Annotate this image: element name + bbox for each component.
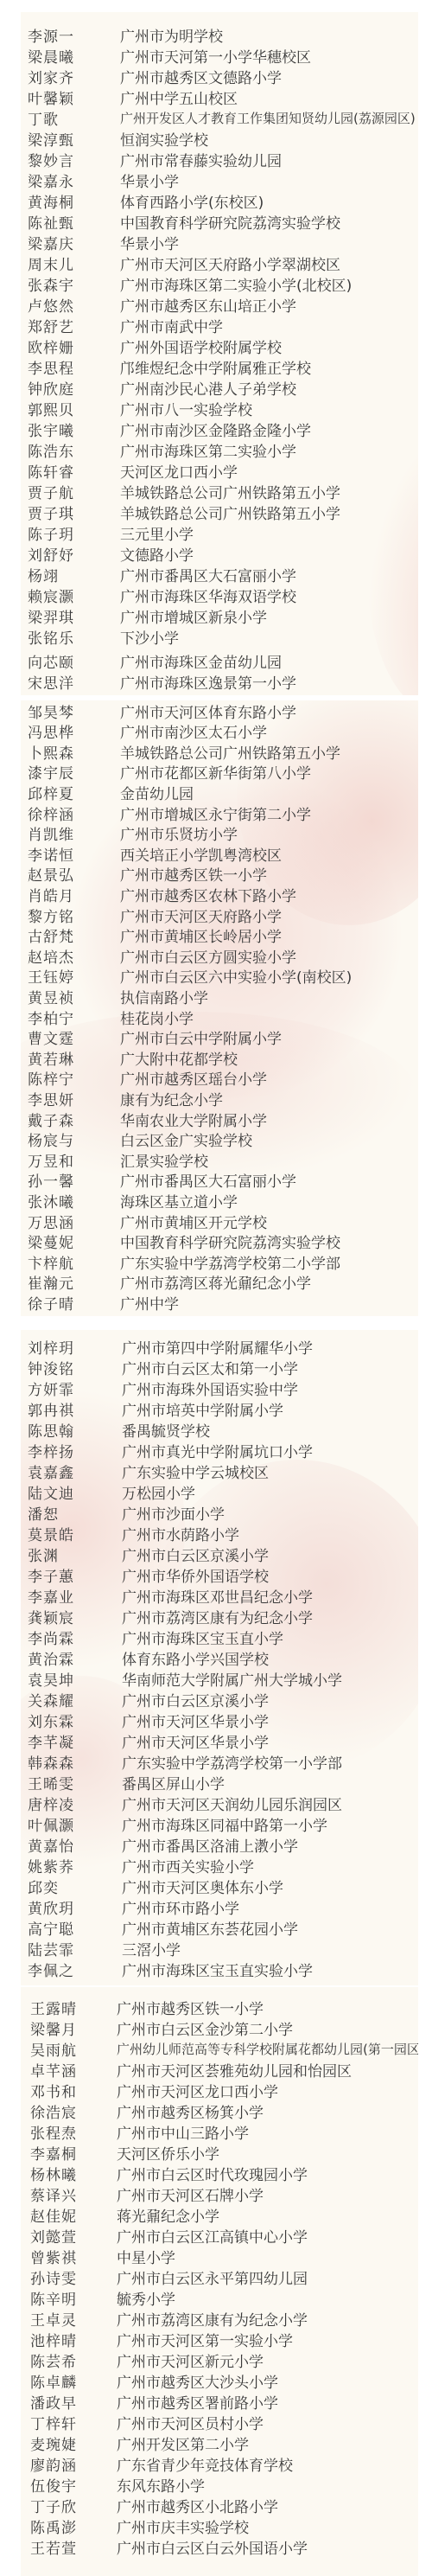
list-row: 戴子森华南农业大学附属小学	[28, 1109, 267, 1129]
school-name: 广州市海珠区同福中路第一小学	[122, 1813, 327, 1835]
student-name: 袁昊坤	[28, 1668, 122, 1690]
student-name: 赵佳妮	[30, 2204, 117, 2226]
student-name: 郭冉祺	[28, 1398, 122, 1420]
school-name: 华南农业大学附属小学	[120, 1109, 267, 1130]
school-name: 广州市环市路小学	[122, 1896, 239, 1918]
student-name: 张铭乐	[28, 626, 120, 648]
list-row: 李尚霖广州市海珠区宝玉直小学	[28, 1627, 283, 1647]
list-row: 郭冉祺广州市培英中学附属小学	[28, 1398, 283, 1419]
list-row: 李思程邝维煜纪念中学附属雅正学校	[28, 356, 311, 377]
list-row: 张沐曦海珠区基立道小学	[28, 1190, 238, 1211]
school-name: 广州市水荫路小学	[122, 1523, 239, 1544]
school-name: 广州市越秀区文德路小学	[120, 66, 282, 87]
list-row: 黄若琳广大附中花都学校	[28, 1047, 238, 1068]
student-name: 李诺恒	[28, 843, 120, 865]
list-row: 王卓灵广州市荔湾区康有为纪念小学	[30, 2308, 308, 2329]
school-name: 三元里小学	[120, 522, 194, 544]
student-name: 张沐曦	[28, 1190, 120, 1211]
school-name: 天河区龙口西小学	[120, 460, 238, 482]
school-name: 广州市天河区新元小学	[117, 2349, 264, 2371]
school-name: 广州外国语学校附属学校	[120, 336, 282, 357]
student-name: 陈浩东	[28, 439, 120, 461]
list-row: 周末儿广州市天河区天府路小学翠湖校区	[28, 252, 340, 273]
list-row: 梁嘉永华景小学	[28, 169, 179, 190]
list-row: 古舒梵广州市黄埔区长岭居小学	[28, 925, 282, 946]
school-name: 羊城铁路总公司广州铁路第五小学	[120, 502, 340, 523]
list-row: 钟浚铭广州市白云区太和第一小学	[28, 1357, 298, 1377]
school-name: 广州市越秀区杨箕小学	[117, 2100, 264, 2122]
student-name: 韩森森	[28, 1751, 122, 1773]
school-name: 广州市天河区石牌小学	[117, 2183, 264, 2205]
list-row: 黄昱祯执信南路小学	[28, 986, 208, 1007]
list-row: 梁淳甄恒润实验学校	[28, 128, 208, 149]
student-name: 唐梓凌	[28, 1793, 122, 1814]
list-row: 张铭乐下沙小学	[28, 626, 179, 647]
school-name: 广州市花都区新华街第八小学	[120, 761, 311, 783]
student-name: 陈思翰	[28, 1419, 122, 1441]
school-name: 广州市第四中学附属耀华小学	[122, 1336, 313, 1358]
name-list-section-3: 刘梓玥广州市第四中学附属耀华小学钟浚铭广州市白云区太和第一小学方妍霏广州市海珠外…	[21, 1330, 418, 1985]
student-name: 邱梓夏	[28, 782, 120, 803]
student-name: 张森宇	[28, 273, 120, 295]
school-name: 广州市增城区新泉小学	[120, 605, 267, 627]
school-name: 广州市中山三路小学	[117, 2121, 249, 2143]
list-row: 杨宸与白云区金广实验学校	[28, 1129, 252, 1150]
student-name: 李子蕙	[28, 1564, 122, 1586]
list-row: 吴雨航广州幼儿师范高等专科学校附属花都幼儿园(第一园区)	[30, 2038, 418, 2059]
school-name: 广州市海珠区邓世昌纪念小学	[122, 1585, 313, 1607]
student-name: 李柏宁	[28, 1007, 120, 1028]
student-name: 刘梓玥	[28, 1336, 122, 1358]
student-name: 潘政早	[30, 2391, 117, 2413]
school-name: 华景小学	[120, 169, 179, 191]
student-name: 陈祉甄	[28, 211, 120, 233]
student-name: 蔡译兴	[30, 2183, 117, 2205]
student-name: 姚紫荞	[28, 1855, 122, 1876]
name-list-section-2: 邹昊棽广州市天河区体育东路小学冯思桦广州市南沙区太石小学卜熙森羊城铁路总公司广州…	[21, 700, 418, 1316]
list-row: 陈梓宁广州市越秀区瑶台小学	[28, 1068, 267, 1089]
list-row: 叶馨颖广州中学五山校区	[28, 86, 238, 107]
school-name: 广州市黄埔区东荟花园小学	[122, 1917, 298, 1939]
list-row: 李芊凝广州市天河区华景小学	[28, 1730, 269, 1751]
list-row: 张渊广州市白云区京溪小学	[28, 1544, 269, 1564]
school-name: 广州市越秀区东山培正小学	[120, 294, 296, 316]
school-name: 广州市白云区方圆实验小学	[120, 945, 296, 967]
student-name: 莫景皓	[28, 1523, 122, 1544]
list-row: 李子蕙广州市华侨外国语学校	[28, 1564, 269, 1585]
list-row: 邹昊棽广州市天河区体育东路小学	[28, 700, 296, 721]
student-name: 徐子晴	[28, 1292, 120, 1314]
list-row: 徐子晴广州中学	[28, 1292, 179, 1313]
school-name: 邝维煜纪念中学附属雅正学校	[120, 356, 311, 378]
school-name: 广州市越秀区瑶台小学	[120, 1067, 267, 1089]
student-name: 曾紫祺	[30, 2246, 117, 2267]
list-row: 王晞雯番禺区屏山小学	[28, 1772, 225, 1793]
student-name: 杨林曦	[30, 2163, 117, 2184]
school-name: 广州市庆丰实验学校	[117, 2515, 249, 2537]
student-name: 丁梓轩	[30, 2412, 117, 2433]
list-row: 陈辛明毓秀小学	[30, 2287, 175, 2308]
list-row: 丁子欣广州市越秀区小北路小学	[30, 2495, 278, 2515]
student-name: 梁蔓妮	[28, 1230, 120, 1252]
school-name: 毓秀小学	[117, 2287, 175, 2309]
school-name: 广州市海珠区第二实验小学	[120, 439, 296, 461]
student-name: 陆芸霏	[28, 1938, 122, 1959]
school-name: 羊城铁路总公司广州铁路第五小学	[120, 741, 340, 763]
school-name: 广州市荔湾区康有为纪念小学	[117, 2308, 308, 2330]
student-name: 黄治霖	[28, 1647, 122, 1669]
list-row: 刘舒妤文德路小学	[28, 543, 194, 564]
school-name: 广州幼儿师范高等专科学校附属花都幼儿园(第一园区)	[117, 2040, 418, 2058]
list-row: 杨翊广州市番禺区大石富丽小学	[28, 564, 296, 585]
school-name: 广州市为明学校	[120, 24, 223, 46]
list-row: 韩森森广东实验中学荔湾学校第一小学部	[28, 1751, 342, 1772]
school-name: 中星小学	[117, 2246, 175, 2267]
school-name: 广州市荔湾区蒋光鼐纪念小学	[120, 1271, 311, 1293]
school-name: 广州市越秀区大沙头小学	[117, 2370, 278, 2392]
list-row: 贾子琪羊城铁路总公司广州铁路第五小学	[28, 502, 340, 522]
student-name: 张宇曦	[28, 419, 120, 440]
list-row: 刘东霖广州市天河区华景小学	[28, 1710, 269, 1730]
school-name: 广州市白云区六中实验小学(南校区)	[120, 965, 352, 987]
school-name: 华南师范大学附属广州大学城小学	[122, 1668, 342, 1690]
student-name: 向芯颐	[28, 650, 120, 672]
student-name: 陈轩睿	[28, 460, 120, 482]
school-name: 白云区金广实验学校	[120, 1128, 252, 1150]
student-name: 李思程	[28, 356, 120, 378]
school-name: 东风东路小学	[117, 2474, 205, 2496]
list-row: 陈卓麟广州市越秀区大沙头小学	[30, 2370, 278, 2391]
list-row: 贾子航羊城铁路总公司广州铁路第五小学	[28, 481, 340, 502]
list-row: 漆宇辰广州市花都区新华街第八小学	[28, 762, 311, 783]
student-name: 方妍霏	[28, 1377, 122, 1399]
list-row: 陈浩东广州市海珠区第二实验小学	[28, 439, 296, 460]
list-row: 莫景皓广州市水荫路小学	[28, 1523, 239, 1544]
list-row: 麦琬婕广州开发区第二小学	[30, 2432, 249, 2453]
list-row: 孙一馨广州市番禺区大石富丽小学	[28, 1170, 296, 1191]
list-row: 梁蔓妮中国教育科学研究院荔湾实验学校	[28, 1231, 340, 1252]
school-name: 中国教育科学研究院荔湾实验学校	[120, 1230, 340, 1252]
student-name: 周末儿	[28, 252, 120, 274]
list-row: 卢悠然广州市越秀区东山培正小学	[28, 294, 296, 315]
list-row: 李柏宁桂花岗小学	[28, 1007, 194, 1027]
student-name: 刘舒妤	[28, 543, 120, 565]
school-name: 广州市南沙区太石小学	[120, 720, 267, 742]
school-name: 金苗幼儿园	[120, 782, 194, 803]
school-name: 体育西路小学(东校区)	[120, 190, 264, 212]
student-name: 梁晨曦	[28, 45, 120, 67]
list-row: 黎妙言广州市常春藤实验幼儿园	[28, 149, 282, 169]
student-name: 陈梓宁	[28, 1067, 120, 1089]
student-name: 李思妍	[28, 1088, 120, 1109]
list-row: 袁嘉鑫广东实验中学云城校区	[28, 1461, 269, 1481]
school-name: 广州市黄埔区长岭居小学	[120, 924, 282, 946]
list-row: 杨林曦广州市白云区时代玫瑰园小学	[30, 2163, 308, 2183]
list-row: 欧梓姗广州外国语学校附属学校	[28, 336, 282, 356]
student-name: 刘东霖	[28, 1710, 122, 1731]
list-row: 万昱和汇景实验学校	[28, 1149, 208, 1170]
school-name: 西关培正小学凯粤湾校区	[120, 843, 282, 865]
student-name: 郭熙贝	[28, 398, 120, 419]
list-row: 姚紫荞广州市西关实验小学	[28, 1855, 254, 1876]
student-name: 孙一馨	[28, 1169, 120, 1191]
list-row: 陈思翰番禺毓贤学校	[28, 1419, 210, 1440]
school-name: 广州市天河区天润幼儿园乐润园区	[122, 1793, 342, 1814]
list-row: 高宁聪广州市黄埔区东荟花园小学	[28, 1917, 298, 1938]
student-name: 郑舒艺	[28, 315, 120, 336]
school-name: 广州市白云区永平第四幼儿园	[117, 2266, 308, 2288]
list-row: 邱梓夏金苗幼儿园	[28, 782, 194, 802]
student-name: 杨翊	[28, 564, 120, 585]
school-name: 体育东路小学兴国学校	[122, 1647, 269, 1669]
list-row: 李嘉桐天河区侨乐小学	[30, 2142, 219, 2163]
list-row: 曹文霆广州市白云中学附属小学	[28, 1027, 282, 1048]
student-name: 赵景弘	[28, 863, 120, 885]
school-name: 汇景实验学校	[120, 1149, 208, 1171]
list-row: 宋思洋广州市海珠区逸景第一小学	[28, 671, 296, 692]
student-name: 丁子欣	[30, 2495, 117, 2516]
student-name: 王若萱	[30, 2536, 117, 2558]
school-name: 广州市荔湾区康有为纪念小学	[122, 1606, 313, 1627]
school-name: 广州市天河第一小学华穗校区	[120, 45, 311, 67]
school-name: 广州市番禺区洛浦上漖小学	[122, 1834, 298, 1856]
school-name: 广州南沙民心港人子弟学校	[120, 377, 296, 399]
student-name: 黄若琳	[28, 1047, 120, 1069]
list-row: 方妍霏广州市海珠外国语实验中学	[28, 1377, 298, 1398]
school-name: 番禺毓贤学校	[122, 1419, 210, 1441]
school-name: 广州市番禺区大石富丽小学	[120, 1169, 296, 1191]
school-name: 广州市天河区华景小学	[122, 1710, 269, 1731]
list-row: 钟欣庭广州南沙民心港人子弟学校	[28, 377, 296, 398]
list-row: 袁昊坤华南师范大学附属广州大学城小学	[28, 1668, 342, 1689]
school-name: 广州市海珠区逸景第一小学	[120, 671, 296, 693]
school-name: 广州市天河区龙口西小学	[117, 2080, 278, 2101]
list-row: 潘政早广州市越秀区署前路小学	[30, 2391, 278, 2412]
student-name: 关森耀	[28, 1689, 122, 1710]
list-row: 徐梓涵广州市增城区永宁街第二小学	[28, 802, 311, 823]
student-name: 梁羿琪	[28, 605, 120, 627]
list-row: 曾紫祺中星小学	[30, 2246, 175, 2266]
student-name: 黄嘉怡	[28, 1834, 122, 1856]
list-row: 潘恕广州市沙面小学	[28, 1502, 225, 1523]
school-name: 华景小学	[120, 232, 179, 253]
student-name: 王晞雯	[28, 1772, 122, 1793]
school-name: 广州市乐贤坊小学	[120, 822, 238, 844]
list-row: 陈子玥三元里小学	[28, 522, 194, 543]
student-name: 钟浚铭	[28, 1357, 122, 1378]
list-row: 伍俊宇东风东路小学	[30, 2474, 205, 2495]
list-row: 郭熙贝广州市八一实验学校	[28, 398, 252, 419]
student-name: 冯思桦	[28, 720, 120, 742]
student-name: 龚颖宸	[28, 1606, 122, 1627]
student-name: 崔瀚元	[28, 1271, 120, 1293]
list-row: 张森宇广州市海珠区第二实验小学(北校区)	[28, 273, 352, 294]
list-row: 刘家齐广州市越秀区文德路小学	[28, 66, 282, 86]
list-row: 肖凯维广州市乐贤坊小学	[28, 823, 238, 844]
student-name: 陈子玥	[28, 522, 120, 544]
student-name: 黄海桐	[28, 190, 120, 212]
student-name: 戴子森	[28, 1109, 120, 1130]
list-row: 关森耀广州市白云区京溪小学	[28, 1689, 269, 1710]
school-name: 广州开发区人才教育工作集团知贤幼儿园(荔源园区)	[120, 109, 416, 127]
list-row: 卜熙森羊城铁路总公司广州铁路第五小学	[28, 741, 340, 762]
list-row: 卞梓航广东实验中学荔湾学校第二小学部	[28, 1251, 340, 1272]
school-name: 桂花岗小学	[120, 1007, 194, 1028]
school-name: 中国教育科学研究院荔湾实验学校	[120, 211, 340, 233]
student-name: 廖韵涵	[30, 2453, 117, 2475]
student-name: 贾子琪	[28, 502, 120, 523]
list-row: 邱奕广州市天河区奥体东小学	[28, 1876, 283, 1896]
school-name: 广州开发区第二小学	[117, 2432, 249, 2454]
student-name: 贾子航	[28, 481, 120, 502]
school-name: 三滘小学	[122, 1938, 181, 1959]
school-name: 广州市越秀区署前路小学	[117, 2391, 278, 2413]
student-name: 徐梓涵	[28, 802, 120, 824]
list-row: 王若萱广州市白云区白云外国语小学	[30, 2536, 308, 2557]
student-name: 漆宇辰	[28, 761, 120, 783]
list-row: 黎方铭广州市天河区天府路小学	[28, 904, 282, 925]
name-list-section-1: 李源一广州市为明学校梁晨曦广州市天河第一小学华穗校区刘家齐广州市越秀区文德路小学…	[21, 12, 418, 695]
school-name: 广州市天河区奥体东小学	[122, 1876, 283, 1897]
school-name: 广州市常春藤实验幼儿园	[120, 149, 282, 170]
list-row: 卓芊涵广州市天河区荟雅苑幼儿园和怡园区	[30, 2059, 352, 2080]
student-name: 王露晴	[30, 1997, 117, 2018]
list-row: 王露晴广州市越秀区铁一小学	[30, 1997, 264, 2017]
school-name: 广州市增城区永宁街第二小学	[120, 802, 311, 824]
list-row: 李嘉业广州市海珠区邓世昌纪念小学	[28, 1585, 313, 1606]
list-row: 赖宸灏广州市海珠区华海双语学校	[28, 585, 296, 605]
list-row: 龚颖宸广州市荔湾区康有为纪念小学	[28, 1606, 313, 1627]
list-row: 黄嘉怡广州市番禺区洛浦上漖小学	[28, 1834, 298, 1855]
list-row: 陈禹澎广州市庆丰实验学校	[30, 2515, 249, 2536]
student-name: 卜熙森	[28, 741, 120, 763]
school-name: 广州市黄埔区开元学校	[120, 1211, 267, 1232]
list-row: 张程焘广州市中山三路小学	[30, 2121, 249, 2142]
school-name: 广州市天河区体育东路小学	[120, 700, 296, 722]
list-row: 李梓扬广州市真光中学附属坑口小学	[28, 1440, 313, 1461]
school-name: 广州市越秀区农林下路小学	[120, 884, 296, 905]
list-row: 陈芸希广州市天河区新元小学	[30, 2349, 264, 2370]
school-name: 万松园小学	[122, 1481, 195, 1503]
school-name: 广州市天河区第一实验小学	[117, 2329, 293, 2350]
list-row: 李佩之广州市海珠区宝玉直实验小学	[28, 1959, 313, 1979]
list-row: 黄治霖体育东路小学兴国学校	[28, 1647, 269, 1668]
list-row: 黄欣玥广州市环市路小学	[28, 1896, 239, 1917]
student-name: 王卓灵	[30, 2308, 117, 2330]
student-name: 黄欣玥	[28, 1896, 122, 1918]
student-name: 陈芸希	[30, 2349, 117, 2371]
student-name: 孙诗雯	[30, 2266, 117, 2288]
list-row: 李诺恒西关培正小学凯粤湾校区	[28, 843, 282, 864]
student-name: 梁嘉永	[28, 169, 120, 191]
school-name: 广州市天河区荟雅苑幼儿园和怡园区	[117, 2059, 352, 2081]
student-name: 李梓扬	[28, 1440, 122, 1461]
school-name: 海珠区基立道小学	[120, 1190, 238, 1211]
student-name: 邹昊棽	[28, 700, 120, 722]
school-name: 广州市海珠区宝玉直实验小学	[122, 1959, 313, 1980]
school-name: 广州市天河区华景小学	[122, 1730, 269, 1752]
student-name: 宋思洋	[28, 671, 120, 693]
school-name: 广州市海珠区金苗幼儿园	[120, 650, 282, 672]
school-name: 羊城铁路总公司广州铁路第五小学	[120, 481, 340, 502]
school-name: 天河区侨乐小学	[117, 2142, 219, 2164]
student-name: 邓书和	[30, 2080, 117, 2101]
list-row: 梁羿琪广州市增城区新泉小学	[28, 605, 267, 626]
student-name: 黎方铭	[28, 904, 120, 926]
school-name: 广州市番禺区大石富丽小学	[120, 564, 296, 585]
student-name: 肖凯维	[28, 822, 120, 844]
school-name: 恒润实验学校	[120, 128, 208, 150]
student-name: 刘家齐	[28, 66, 120, 87]
school-name: 广州市白云区京溪小学	[122, 1544, 269, 1565]
student-name: 古舒梵	[28, 924, 120, 946]
school-name: 广州市白云区金沙第二小学	[117, 2017, 293, 2039]
student-name: 梁馨月	[30, 2017, 117, 2039]
list-row: 肖皓月广州市越秀区农林下路小学	[28, 884, 296, 904]
list-row: 张宇曦广州市南沙区金隆路金隆小学	[28, 419, 311, 439]
school-name: 广州市白云中学附属小学	[120, 1026, 282, 1048]
school-name: 广州中学	[120, 1292, 179, 1314]
student-name: 黎妙言	[28, 149, 120, 170]
student-name: 李佩之	[28, 1959, 122, 1980]
student-name: 卓芊涵	[30, 2059, 117, 2081]
list-row: 丁歌广州开发区人才教育工作集团知贤幼儿园(荔源园区)	[28, 107, 416, 128]
student-name: 陈卓麟	[30, 2370, 117, 2392]
school-name: 广州市培英中学附属小学	[122, 1398, 283, 1420]
student-name: 黄昱祯	[28, 986, 120, 1007]
student-name: 杨宸与	[28, 1128, 120, 1150]
student-name: 万思涵	[28, 1211, 120, 1232]
list-row: 邓书和广州市天河区龙口西小学	[30, 2080, 278, 2100]
list-row: 陆文迪万松园小学	[28, 1481, 195, 1502]
student-name: 李尚霖	[28, 1627, 122, 1648]
list-row: 廖韵涵广东省青少年竞技体育学校	[30, 2453, 293, 2474]
student-name: 曹文霆	[28, 1026, 120, 1048]
school-name: 广东省青少年竞技体育学校	[117, 2453, 293, 2475]
student-name: 李源一	[28, 24, 120, 46]
school-name: 广州市海珠区第二实验小学(北校区)	[120, 273, 352, 295]
school-name: 番禺区屏山小学	[122, 1772, 225, 1793]
school-name: 广州中学五山校区	[120, 86, 238, 108]
list-row: 万思涵广州市黄埔区开元学校	[28, 1211, 267, 1231]
list-row: 赵景弘广州市越秀区铁一小学	[28, 864, 267, 885]
list-row: 赵培杰广州市白云区方圆实验小学	[28, 945, 296, 966]
student-name: 伍俊宇	[30, 2474, 117, 2496]
school-name: 蒋光鼐纪念小学	[117, 2204, 219, 2226]
list-row: 池梓晴广州市天河区第一实验小学	[30, 2329, 293, 2349]
school-name: 广州市天河区天府路小学	[120, 904, 282, 926]
school-name: 广州市白云区白云外国语小学	[117, 2536, 308, 2558]
school-name: 广州市越秀区小北路小学	[117, 2495, 278, 2516]
list-row: 黄海桐体育西路小学(东校区)	[28, 190, 264, 211]
school-name: 广州市白云区京溪小学	[122, 1689, 269, 1710]
list-row: 梁馨月广州市白云区金沙第二小学	[30, 2017, 293, 2038]
student-name: 王钰婷	[28, 965, 120, 987]
list-row: 叶佩灏广州市海珠区同福中路第一小学	[28, 1813, 327, 1834]
student-name: 叶馨颖	[28, 86, 120, 108]
list-row: 崔瀚元广州市荔湾区蒋光鼐纪念小学	[28, 1272, 311, 1293]
list-row: 陆芸霏三滘小学	[28, 1938, 181, 1959]
school-name: 广州市天河区天府路小学翠湖校区	[120, 252, 340, 274]
student-name: 张渊	[28, 1544, 122, 1565]
school-name: 广州市海珠区宝玉直小学	[122, 1627, 283, 1648]
student-name: 梁嘉庆	[28, 232, 120, 253]
list-row: 向芯颐广州市海珠区金苗幼儿园	[28, 650, 282, 671]
school-name: 广州市沙面小学	[122, 1502, 225, 1524]
student-name: 赖宸灏	[28, 585, 120, 606]
student-name: 欧梓姗	[28, 336, 120, 357]
school-name: 广州市八一实验学校	[120, 398, 252, 419]
